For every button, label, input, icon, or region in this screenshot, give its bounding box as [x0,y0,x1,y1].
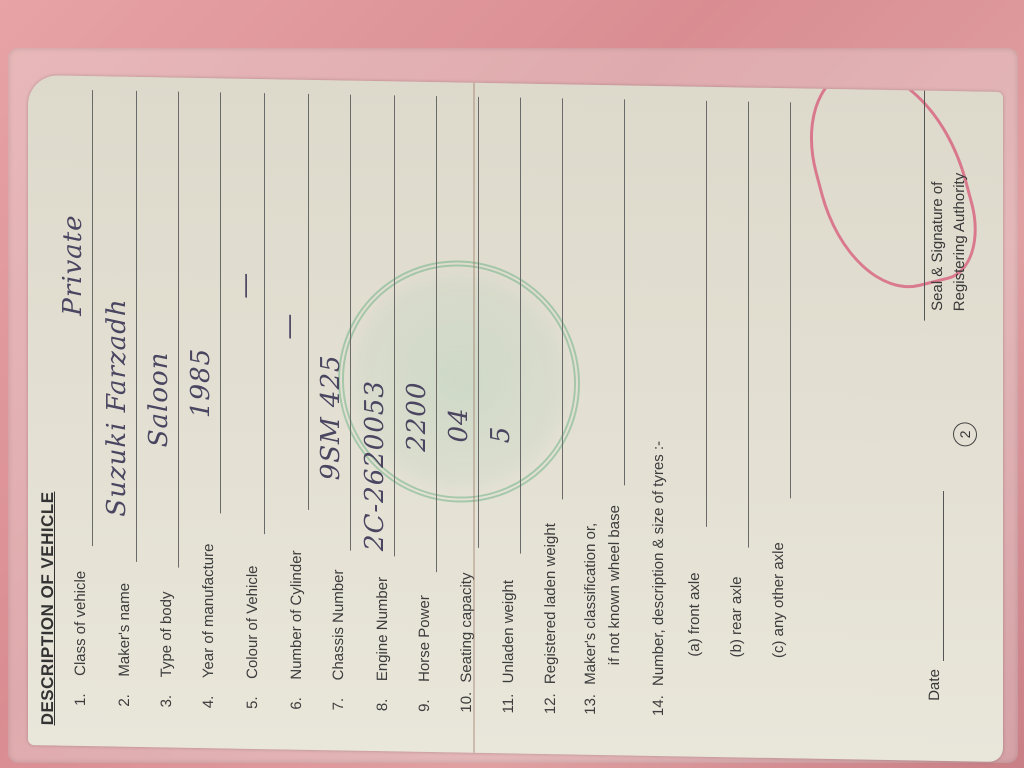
handwritten-value: Private [58,214,88,316]
tyre-front-axle: (a) front axle [680,86,720,757]
handwritten-value: 2200 [402,381,432,452]
field-class-of-vehicle: 1. Class of vehicle Private [66,76,106,747]
seal-label-line1: Seal & Signature of [928,181,948,311]
date-line [943,491,944,661]
field-registered-laden-weight: 12. Registered laden weight [536,84,576,755]
document-title: DESCRIPTION OF VEHICLE [38,491,58,725]
handwritten-value: 1985 [186,348,216,419]
field-tyres: 14. Number, description & size of tyres … [644,86,684,757]
page-number: 2 [953,422,977,446]
handwritten-value: 9SM 425 [316,354,346,480]
handwritten-value: 5 [486,425,516,443]
field-chassis-number: 7. Chassis Number 9SM 425 [324,80,364,751]
tyre-rear-axle: (b) rear axle [722,87,762,758]
field-seating-capacity: 10. Seating capacity 04 [452,82,492,753]
field-year-of-manufacture: 4. Year of manufacture 1985 [194,78,234,749]
fold-crease [473,83,475,753]
seal-signature-line [924,91,925,321]
handwritten-value: — [230,272,260,300]
field-unladen-weight: 11. Unladen weight 5 [494,83,534,754]
tyre-other-axle: (c) any other axle [764,88,804,759]
handwritten-value: Saloon [144,351,174,447]
handwritten-value: — [274,312,304,340]
seal-label-line2: Registering Authority [950,173,970,312]
field-colour: 5. Colour of Vehicle — [238,79,278,750]
handwritten-value: 2C-2620053 [360,380,390,552]
field-makers-classification: 13. Maker's classification or, if not kn… [576,85,636,756]
handwritten-value: 04 [444,407,474,443]
handwritten-value: Suzuki Farzadh [102,298,132,517]
date-label: Date [926,669,943,701]
registration-document: DESCRIPTION OF VEHICLE 1. Class of vehic… [28,75,1003,762]
document-rotated: DESCRIPTION OF VEHICLE 1. Class of vehic… [28,75,1003,762]
